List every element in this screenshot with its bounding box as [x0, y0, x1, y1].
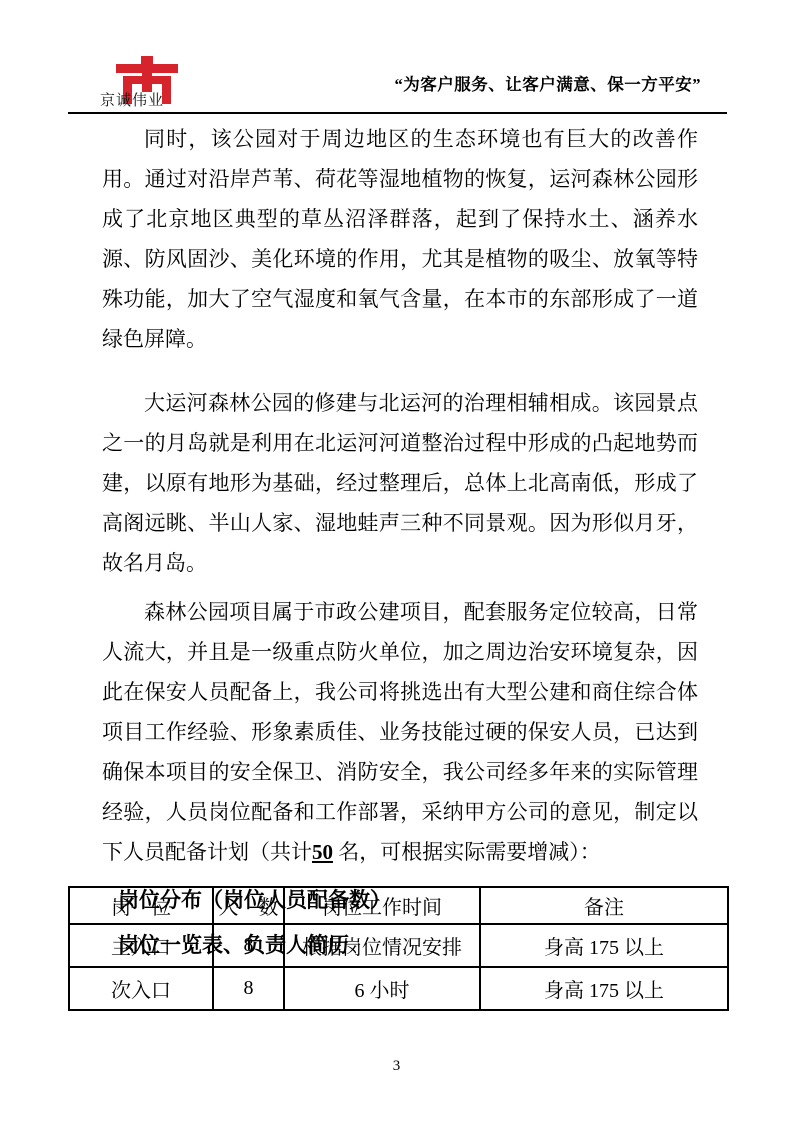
table-row: 次入口 8 6 小时 身高 175 以上 — [69, 967, 728, 1010]
cell-post-main-entrance: 主入口 — [69, 924, 213, 967]
paragraph-staffing-plan: 森林公园项目属于市政公建项目，配套服务定位较高，日常人流大，并且是一级重点防火单… — [102, 592, 698, 872]
header-slogan: “为客户服务、让客户满意、保一方平安” — [395, 71, 702, 95]
column-header-work-time: 岗位工作时间 — [284, 887, 480, 924]
staff-total-count: 50 — [312, 840, 333, 864]
table-row: 主入口 8 根据岗位情况安排 身高 175 以上 — [69, 924, 728, 967]
cell-remark: 身高 175 以上 — [480, 967, 728, 1010]
paragraph-environment: 同时，该公园对于周边地区的生态环境也有巨大的改善作用。通过对沿岸芦苇、荷花等湿地… — [102, 119, 698, 359]
page-header: 京诚伟业 “为客户服务、让客户满意、保一方平安” — [68, 48, 727, 114]
cell-work-time: 6 小时 — [284, 967, 480, 1010]
cell-post-secondary-entrance: 次入口 — [69, 967, 213, 1010]
page-number: 3 — [0, 1058, 793, 1075]
column-header-count: 人 数 — [213, 887, 284, 924]
post-table: 岗 位 人 数 岗位工作时间 备注 主入口 8 根据岗位情况安排 身高 175 … — [68, 886, 729, 1011]
column-header-post: 岗 位 — [69, 887, 213, 924]
cell-work-time: 根据岗位情况安排 — [284, 924, 480, 967]
document-body: 同时，该公园对于周边地区的生态环境也有巨大的改善作用。通过对沿岸芦苇、荷花等湿地… — [102, 114, 698, 968]
document-page: 京诚伟业 “为客户服务、让客户满意、保一方平安” 同时，该公园对于周边地区的生态… — [0, 0, 793, 1122]
cell-count: 8 — [213, 967, 284, 1010]
column-header-remark: 备注 — [480, 887, 728, 924]
staffing-text-before: 森林公园项目属于市政公建项目，配套服务定位较高，日常人流大，并且是一级重点防火单… — [102, 600, 698, 864]
cell-count: 8 — [213, 924, 284, 967]
company-name: 京诚伟业 — [100, 89, 164, 110]
company-logo: 京诚伟业 — [116, 56, 180, 108]
cell-remark: 身高 175 以上 — [480, 924, 728, 967]
staffing-text-after: 名，可根据实际需要增减）： — [333, 840, 601, 864]
table-header-row: 岗 位 人 数 岗位工作时间 备注 — [69, 887, 728, 924]
paragraph-moon-island: 大运河森林公园的修建与北运河的治理相辅相成。该园景点之一的月岛就是利用在北运河河… — [102, 383, 698, 583]
